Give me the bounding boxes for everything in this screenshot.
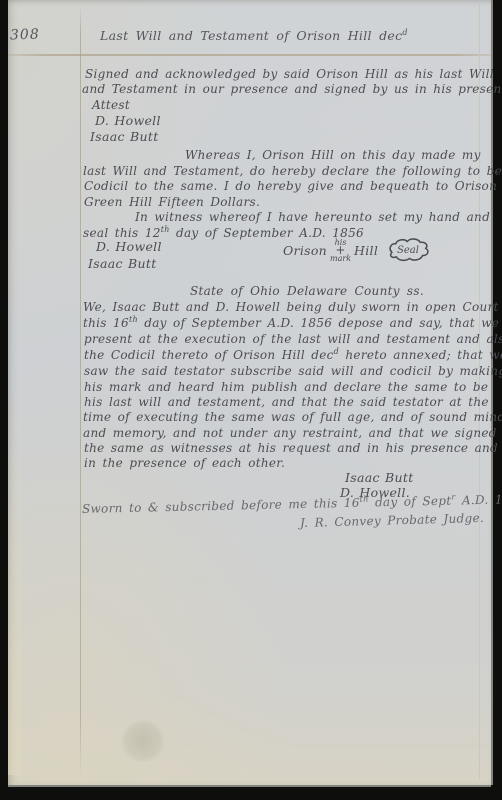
probate-line-2-pre: this 16 xyxy=(83,316,129,330)
probate-line-1: We, Isaac Butt and D. Howell being duly … xyxy=(83,300,499,314)
probate-line-8: time of executing the same was of full a… xyxy=(83,410,502,424)
probate-line-5: saw the said testator subscribe said wil… xyxy=(84,364,502,378)
codicil-witness-butt: Isaac Butt xyxy=(88,257,157,271)
jurat-pre: Sworn to & subscribed before me this 16 xyxy=(82,496,360,516)
attest-label: Attest xyxy=(92,98,130,112)
document-title: Last Will and Testament of Orison Hill d… xyxy=(100,29,408,43)
ledger-page-scan: 308 Last Will and Testament of Orison Hi… xyxy=(0,0,502,800)
probate-line-4-post: hereto annexed; that we xyxy=(339,348,502,362)
codicil-line-3: Codicil to the same. I do hereby give an… xyxy=(84,179,497,193)
judge-signature: J. R. Convey Probate Judge. xyxy=(300,511,484,530)
paper-stain xyxy=(120,720,166,762)
probate-line-11: in the presence of each other. xyxy=(84,456,285,470)
codicil-line-1: Whereas I, Orison Hill on this day made … xyxy=(185,148,481,162)
codicil-witness-howell: D. Howell xyxy=(96,240,162,254)
witness-signature-howell: D. Howell xyxy=(95,114,161,128)
probate-line-2-post: day of September A.D. 1856 depose and sa… xyxy=(138,316,502,330)
witness-signature-butt: Isaac Butt xyxy=(90,130,159,144)
jurat-superscript-1: th xyxy=(360,494,369,503)
probate-line-10: the same as witnesses at his request and… xyxy=(84,441,498,455)
probate-line-9: and memory, and not under any restraint,… xyxy=(83,426,497,440)
codicil-line-4: Green Hill Fifteen Dollars. xyxy=(84,195,260,209)
document-title-text: Last Will and Testament of Orison Hill d… xyxy=(100,28,402,43)
attestation-line-2: and Testament in our presence and signed… xyxy=(82,82,502,96)
paper-page: 308 Last Will and Testament of Orison Hi… xyxy=(8,0,491,785)
attestation-line-1: Signed and acknowledged by said Orison H… xyxy=(85,67,494,81)
his-mark-stack: his+mark xyxy=(330,239,351,262)
codicil-line-5: In witness whereof I have hereunto set m… xyxy=(135,210,490,224)
codicil-date-pre: seal this 12 xyxy=(83,226,161,240)
codicil-date-line: seal this 12th day of September A.D. 185… xyxy=(83,226,364,240)
probate-line-4: the Codicil thereto of Orison Hill decd … xyxy=(84,348,502,362)
jurat-post: A.D. 1856 xyxy=(455,492,502,508)
codicil-date-superscript: th xyxy=(161,225,170,234)
testator-last-name: Hill xyxy=(354,243,378,258)
probate-line-6: his mark and heard him publish and decla… xyxy=(84,380,488,394)
seal-label: Seal xyxy=(397,245,419,256)
binding-edge-tint xyxy=(8,393,21,776)
probate-line-3: present at the execution of the last wil… xyxy=(84,332,502,346)
probate-heading: State of Ohio Delaware County ss. xyxy=(190,284,424,298)
mark-label: mark xyxy=(330,255,351,262)
probate-line-2-superscript: th xyxy=(129,315,138,324)
jurat-mid: day of Sept xyxy=(369,494,452,510)
probate-signature-butt: Isaac Butt xyxy=(345,471,414,485)
probate-line-7: his last will and testament, and that th… xyxy=(84,395,489,409)
probate-line-4-pre: the Codicil thereto of Orison Hill dec xyxy=(84,348,334,362)
testator-first-name: Orison xyxy=(283,243,327,258)
page-number: 308 xyxy=(10,27,40,42)
document-title-superscript: d xyxy=(402,28,407,37)
margin-rule-line xyxy=(80,4,81,777)
codicil-line-2: last Will and Testament, do hereby decla… xyxy=(83,164,502,178)
testator-mark-signature: Orisonhis+markHill xyxy=(283,240,378,263)
probate-line-2: this 16th day of September A.D. 1856 dep… xyxy=(83,316,502,330)
seal-stamp: Seal xyxy=(385,236,431,268)
seal-scribble-icon: Seal xyxy=(385,236,431,264)
